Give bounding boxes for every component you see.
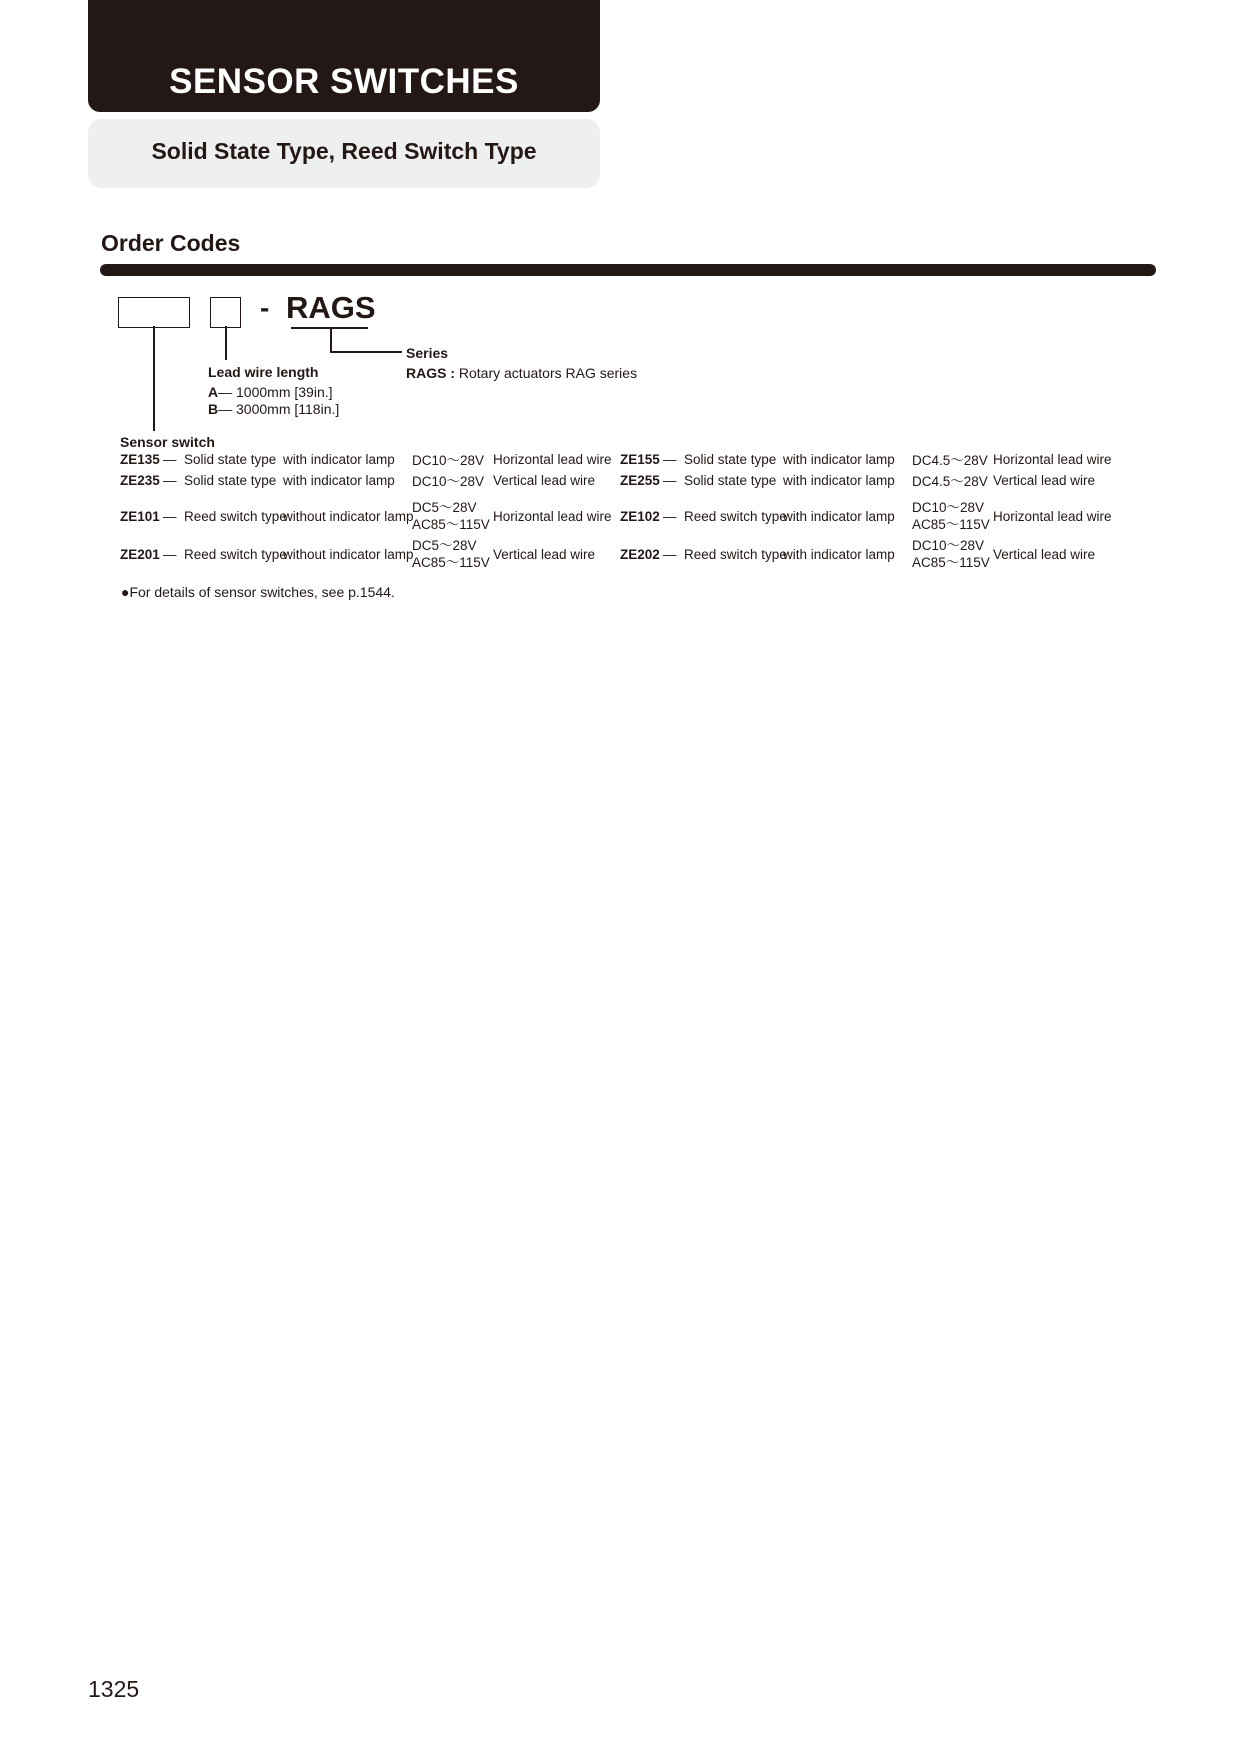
indicator-lamp: without indicator lamp (283, 547, 414, 562)
indicator-lamp: with indicator lamp (783, 547, 895, 562)
series-option-code: RAGS : (406, 365, 455, 381)
voltage-range: DC10～28V (412, 473, 484, 490)
lead-wire-length-label: Lead wire length (208, 364, 318, 380)
voltage-range: DC4.5～28V (912, 452, 988, 469)
sensor-switch-code-box (118, 297, 190, 328)
indicator-lamp: without indicator lamp (283, 509, 414, 524)
lead-wire-option-value: 1000mm [39in.] (236, 384, 333, 400)
switch-type: Solid state type (684, 473, 776, 488)
code-separator: - (260, 292, 269, 324)
voltage-range: DC5～28VAC85～115V (412, 537, 490, 571)
voltage-value: DC10～28V (912, 499, 990, 516)
lead-wire-option-code: B (208, 401, 218, 417)
switch-code: ZE102 (620, 509, 660, 524)
indicator-lamp: with indicator lamp (783, 473, 895, 488)
voltage-value: DC4.5～28V (912, 452, 988, 469)
switch-code: ZE101 (120, 509, 160, 524)
dash: — (163, 473, 177, 488)
switch-type: Reed switch type (184, 547, 287, 562)
switch-type: Solid state type (184, 473, 276, 488)
voltage-value: AC85～115V (412, 516, 490, 533)
voltage-range: DC10～28VAC85～115V (912, 499, 990, 533)
dash: — (163, 509, 177, 524)
voltage-value: DC5～28V (412, 499, 490, 516)
lead-wire-direction: Horizontal lead wire (493, 452, 612, 467)
lead-wire-option-value: 3000mm [118in.] (236, 401, 339, 417)
dash: — (663, 473, 677, 488)
lead-wire-direction: Horizontal lead wire (993, 509, 1112, 524)
voltage-value: DC10～28V (412, 452, 484, 469)
indicator-lamp: with indicator lamp (283, 452, 395, 467)
switch-code: ZE235 (120, 473, 160, 488)
subtitle-banner: Solid State Type, Reed Switch Type (88, 119, 600, 188)
switch-code: ZE155 (620, 452, 660, 467)
section-title: Order Codes (101, 230, 240, 257)
voltage-value: AC85～115V (412, 554, 490, 571)
lead-wire-direction: Vertical lead wire (493, 547, 595, 562)
voltage-value: DC10～28V (412, 473, 484, 490)
lead-wire-direction: Vertical lead wire (993, 473, 1095, 488)
switch-code: ZE202 (620, 547, 660, 562)
voltage-range: DC5～28VAC85～115V (412, 499, 490, 533)
voltage-range: DC4.5～28V (912, 473, 988, 490)
dash: — (218, 401, 232, 417)
lead-wire-direction: Horizontal lead wire (993, 452, 1112, 467)
lead-wire-direction: Horizontal lead wire (493, 509, 612, 524)
voltage-value: AC85～115V (912, 516, 990, 533)
lead-wire-direction: Vertical lead wire (493, 473, 595, 488)
lead-wire-option-code: A (208, 384, 218, 400)
indicator-lamp: with indicator lamp (783, 452, 895, 467)
section-divider (100, 264, 1156, 276)
series-label: Series (406, 345, 448, 361)
series-connector-horizontal (330, 351, 402, 353)
dash: — (218, 384, 232, 400)
switch-code: ZE255 (620, 473, 660, 488)
indicator-lamp: with indicator lamp (283, 473, 395, 488)
lead-wire-connector (225, 326, 227, 360)
switch-type: Reed switch type (184, 509, 287, 524)
lead-wire-option: A— 1000mm [39in.] (208, 384, 333, 400)
page-title: SENSOR SWITCHES (88, 62, 600, 102)
switch-type: Reed switch type (684, 509, 787, 524)
sensor-switch-label: Sensor switch (120, 434, 215, 450)
dash: — (663, 452, 677, 467)
dash: — (663, 547, 677, 562)
lead-wire-code-box (210, 297, 241, 328)
voltage-value: DC10～28V (912, 537, 990, 554)
title-banner: SENSOR SWITCHES (88, 0, 600, 112)
switch-type: Reed switch type (684, 547, 787, 562)
lead-wire-direction: Vertical lead wire (993, 547, 1095, 562)
voltage-range: DC10～28V (412, 452, 484, 469)
switch-code: ZE135 (120, 452, 160, 467)
voltage-value: AC85～115V (912, 554, 990, 571)
series-code: RAGS (286, 290, 376, 326)
dash: — (163, 452, 177, 467)
voltage-value: DC5～28V (412, 537, 490, 554)
voltage-range: DC10～28VAC85～115V (912, 537, 990, 571)
sensor-switch-connector (153, 326, 155, 431)
series-option-description: Rotary actuators RAG series (459, 365, 637, 381)
lead-wire-option: B— 3000mm [118in.] (208, 401, 339, 417)
footnote: ●For details of sensor switches, see p.1… (121, 584, 395, 600)
switch-type: Solid state type (184, 452, 276, 467)
page-number: 1325 (88, 1676, 139, 1703)
dash: — (163, 547, 177, 562)
series-connector-vertical (330, 327, 332, 352)
dash: — (663, 509, 677, 524)
page-subtitle: Solid State Type, Reed Switch Type (88, 138, 600, 165)
switch-type: Solid state type (684, 452, 776, 467)
footnote-text: For details of sensor switches, see p.15… (129, 584, 394, 600)
series-option: RAGS : Rotary actuators RAG series (406, 365, 637, 381)
voltage-value: DC4.5～28V (912, 473, 988, 490)
indicator-lamp: with indicator lamp (783, 509, 895, 524)
switch-code: ZE201 (120, 547, 160, 562)
